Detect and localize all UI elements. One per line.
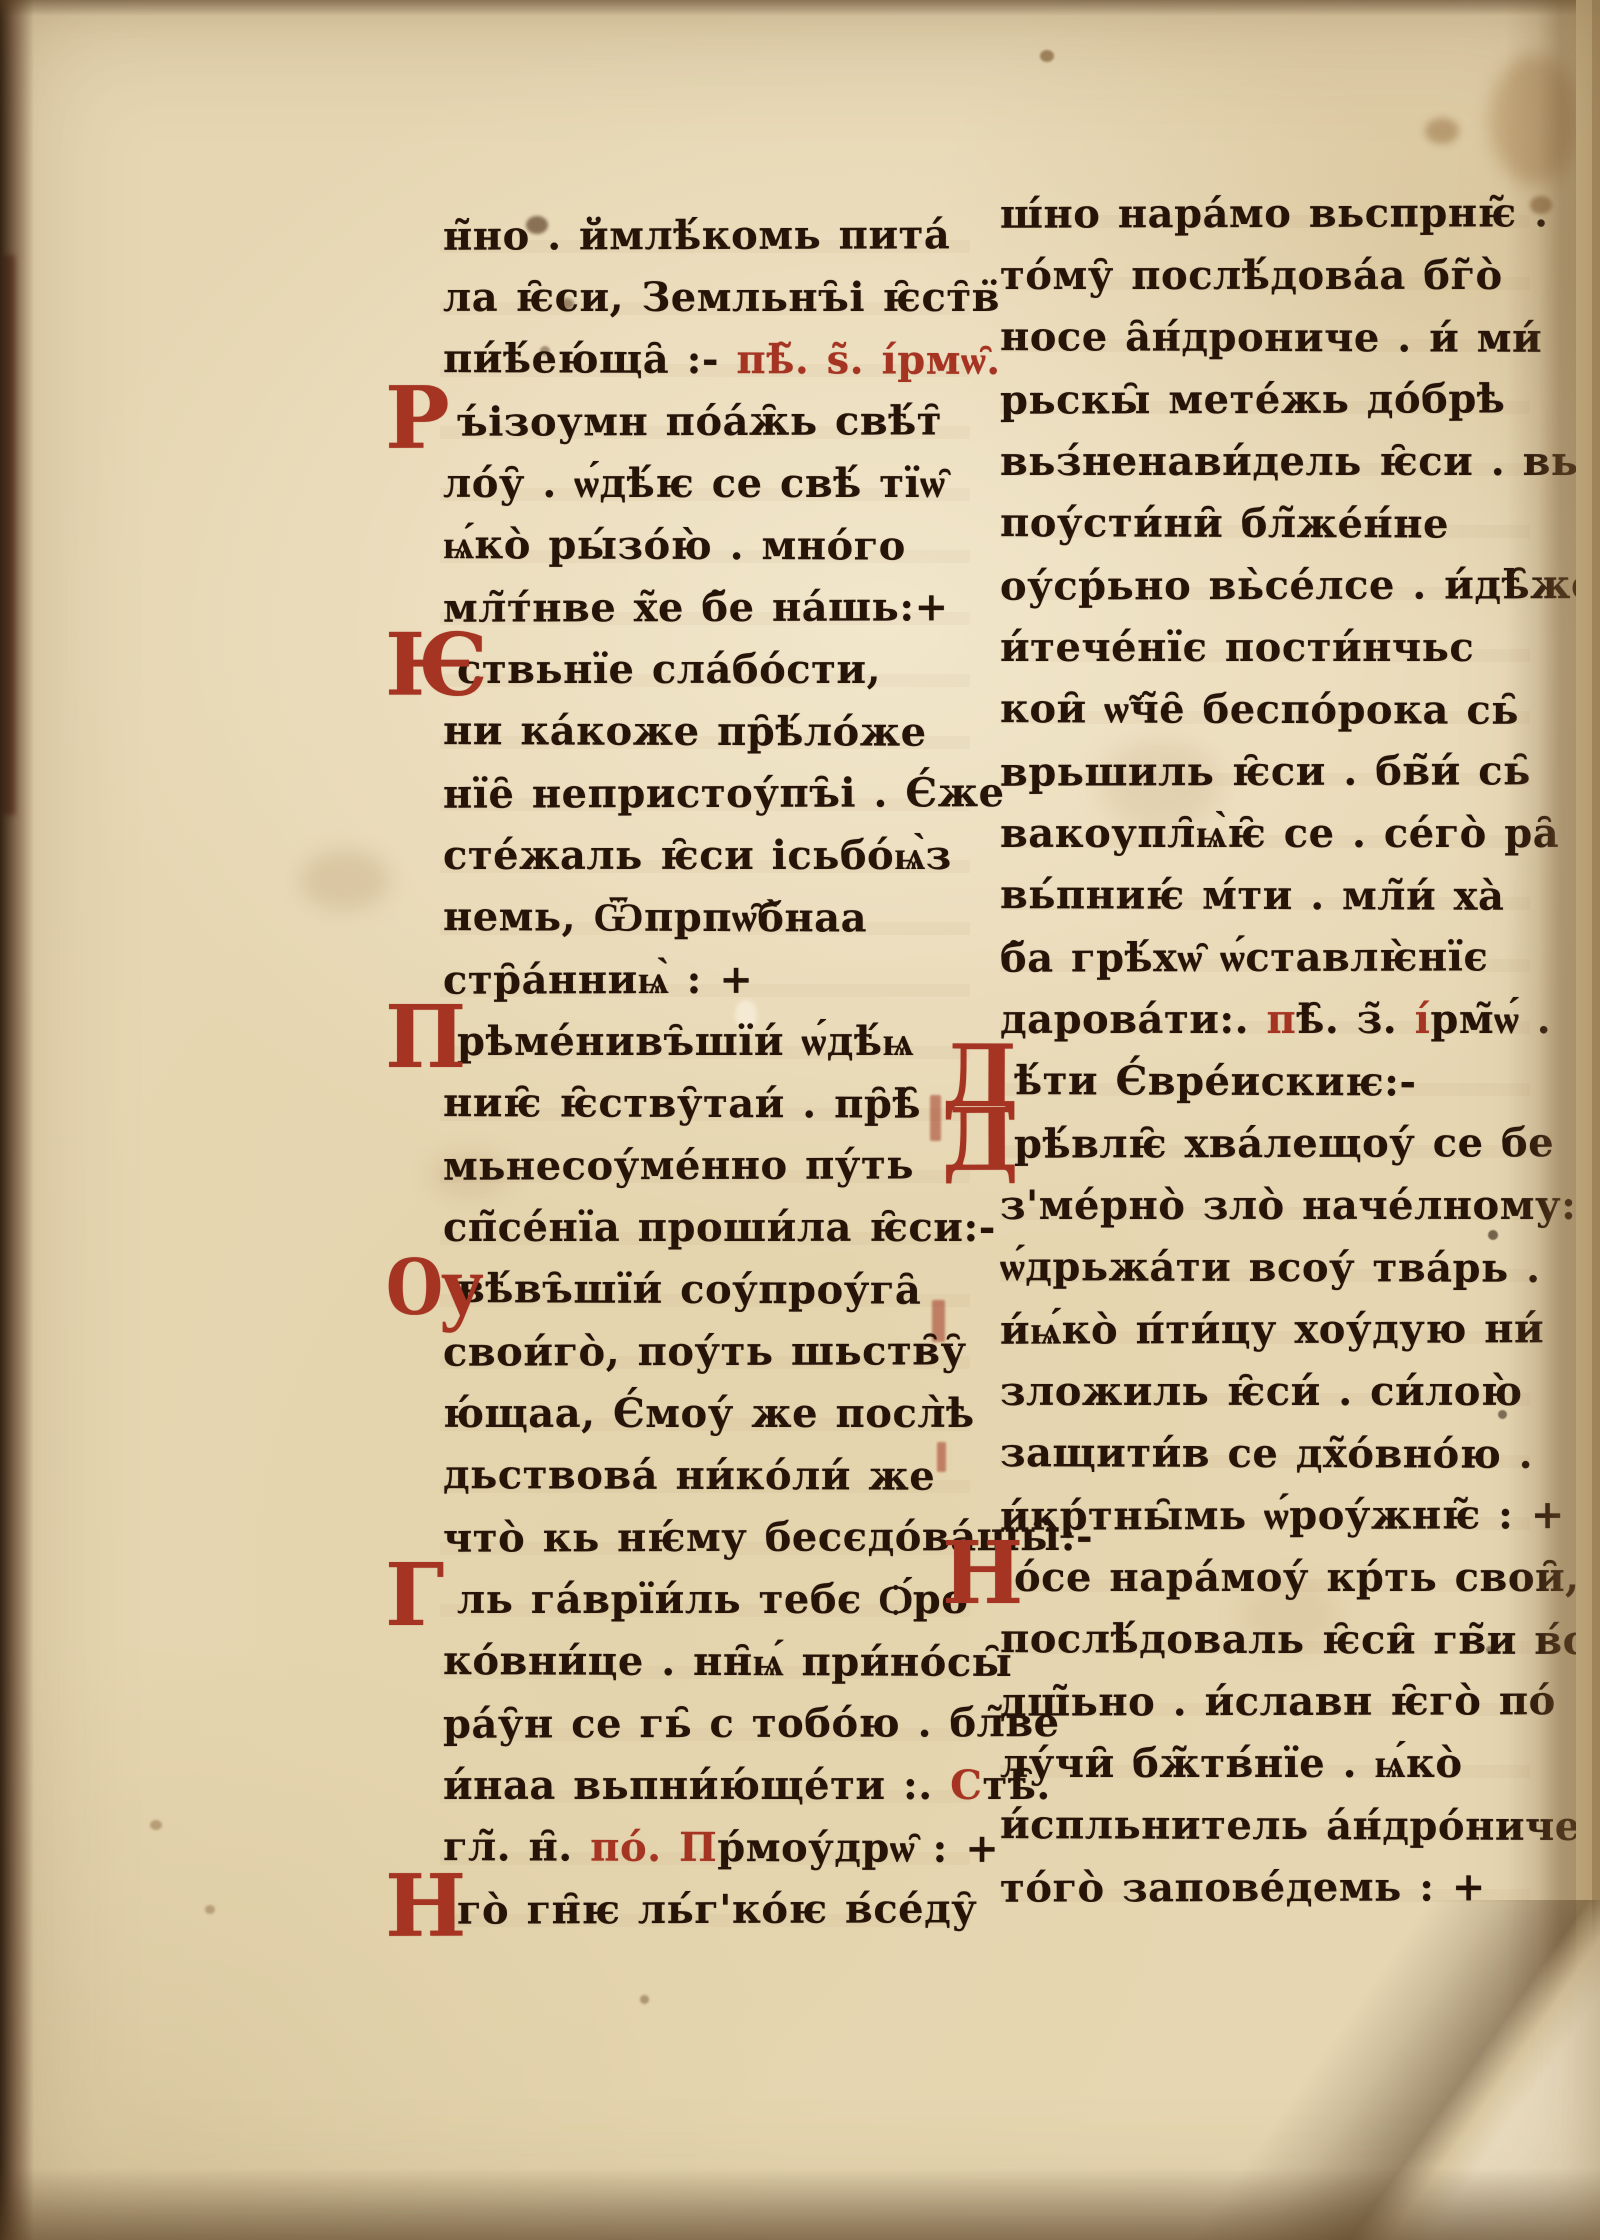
text-run: рѣ́влѥ̑ хва́лещоу́ се бе	[1014, 1119, 1554, 1167]
stain	[205, 1905, 215, 1914]
rubric-run: по́. П	[590, 1824, 717, 1871]
rubric-run: і́	[1415, 996, 1431, 1043]
text-run: сте́жаль ѥ̑си ісьбо́ѩ̀з	[443, 832, 952, 879]
bottom-edge-shadow	[0, 2168, 1600, 2240]
text-run: зложиль ѥ̑си́ . си́лою̀	[1000, 1368, 1523, 1415]
text-run: поу́сти́ни̑ бл̃же́н́не	[1000, 499, 1449, 547]
text-run: ъ́ізоумн по́а́ж̑ь свѣ́т̑	[457, 397, 942, 445]
manuscript-line: дарова́ти:. пѣ̑. з̃. і́рм̃ѡ́ .	[1000, 989, 1530, 1051]
text-run: дьствова́ ни́ко́ли́ же	[443, 1451, 935, 1500]
text-run: мл̃т́нве х̃е б̃е на́шь:+	[443, 583, 949, 631]
text-run: р́моу́дрѡ̑ : +	[717, 1824, 999, 1872]
text-run: вакоупл̑ѩ̀ѥ̑ се . се́го̀ ра̑	[1000, 810, 1559, 857]
text-run: ѣ̑. з̃.	[1296, 996, 1414, 1043]
manuscript-line: мл̃т́нве х̃е б̃е на́шь:+	[443, 576, 970, 639]
manuscript-line: сте́жаль ѥ̑си ісьбо́ѩ̀з	[443, 825, 970, 887]
manuscript-line: сп̃се́нїа проши́ла ѥ̑си:-	[443, 1197, 970, 1259]
text-run: н̃но . ймлѣ́комь пита́	[443, 211, 950, 259]
text-run: ствьнїе сла́бо́сти,	[457, 646, 881, 693]
text-run: немь, Ѿпрпѡ̑б̀наа	[443, 893, 867, 941]
text-run: кои̑ ѡ̃ч̃е̑ беспо́рока сь̑	[1000, 685, 1519, 734]
manuscript-line: Дѣ́ти Є́вре́искиѥ:-	[1000, 1050, 1530, 1114]
manuscript-line: Ѹвѣ́въ̑шїи́ соу́проу́га̑	[443, 1258, 970, 1322]
text-run: ль га́врїи́ль тебє Ѻ́ро	[457, 1576, 968, 1623]
stain	[1040, 50, 1054, 62]
manuscript-line: Ръ́ізоумн по́а́ж̑ь свѣ́т̑	[443, 390, 970, 453]
manuscript-line: ю́щаа, Є́моу́ же посл̀ѣ	[443, 1383, 970, 1445]
manuscript-line: з'ме́рно̀ зло̀ наче́лному:	[1000, 1175, 1530, 1237]
manuscript-line: и́кр́тны̑мь ѡ́роу́жнѥ̃ : +	[1000, 1484, 1530, 1547]
manuscript-line: ниѥ̑ ѥ̑ству̑таи́ . пр̑ѣ̑	[443, 1072, 970, 1136]
manuscript-line: б̃а грѣ́хѡ̑ ѡ́ставлѥ̀нїє	[1000, 926, 1530, 989]
text-run: ни ка́коже пр̑ѣ́ло́же	[443, 707, 927, 756]
rubric-run: пѣ̃. ѕ̃. і́рмѡ̑.	[736, 336, 1000, 384]
text-run: лу́чи̑ бж̃тв́нїе . ѩ́ко̀	[1000, 1740, 1463, 1787]
text-run: дш̃ьно . и́славн ѥ̑го̀ по́	[1000, 1677, 1556, 1725]
manuscript-line: ни ка́коже пр̑ѣ́ло́же	[443, 700, 970, 764]
manuscript-line: Нго̀ гн̑ѥ ль́г'ко́ѥ в́се́ду̑	[443, 1878, 970, 1941]
text-run: ко́вни́це . нн̑ѩ́ при́но́сы̑	[443, 1637, 1012, 1686]
text-run: ю́щаа, Є́моу́ же посл̀ѣ	[443, 1390, 975, 1437]
manuscript-line: ко́вни́це . нн̑ѩ́ при́но́сы̑	[443, 1630, 970, 1694]
manuscript-line: Дрѣ́влѥ̑ хва́лещоу́ се бе	[1000, 1112, 1530, 1175]
manuscript-line: вакоупл̑ѩ̀ѥ̑ се . се́го̀ ра̑	[1000, 803, 1530, 865]
manuscript-line: ѩ́ко̀ ры́зо́ю̀ . мно́го	[443, 514, 970, 578]
drop-cap-letter: Р	[385, 376, 450, 462]
manuscript-line: Прѣме́нивъ̑шїи́ ѡ́дѣ́ѩ	[443, 1011, 970, 1073]
text-run: мьнесоу́ме́нно пу́ть	[443, 1141, 914, 1189]
text-column-right: ш́но нара́мо вьспрнѥ̃ .то́му̑ послѣ́дова…	[1000, 183, 1530, 1919]
text-run: носе а̑н́дрониче . и́ ми́	[1000, 313, 1542, 362]
stain	[640, 1995, 649, 2004]
manuscript-line: защити́в се дх̃о́вно́ю .	[1000, 1422, 1530, 1486]
manuscript-line: ш́но нара́мо вьспрнѥ̃ .	[1000, 182, 1530, 245]
text-run: ѣ́ти Є́вре́искиѥ:-	[1014, 1057, 1417, 1105]
text-run: го̀ гн̑ѥ ль́г'ко́ѥ в́се́ду̑	[457, 1885, 977, 1933]
drop-cap-letter: Д	[942, 1098, 1019, 1184]
manuscript-line: стр̑а́нниѩ̀ : +	[443, 948, 970, 1011]
manuscript-line: врьшиль ѥ̑си . бв̃и́ сь̑	[1000, 740, 1530, 803]
text-run: ѩ́ко̀ ры́зо́ю̀ . мно́го	[443, 521, 906, 569]
manuscript-line: Ѥствьнїе сла́бо́сти,	[443, 639, 970, 701]
drop-cap-letter: Н	[942, 1531, 1024, 1617]
text-run: и́спльнитель а́н́дро́ниче	[1000, 1801, 1581, 1850]
manuscript-line: дьствова́ ни́ко́ли́ же	[443, 1444, 970, 1508]
text-run: ра́у̑н се гь̑ с тобо́ю . бл̃ве	[443, 1699, 1060, 1748]
manuscript-line: ло́у̑ . ѡ́дѣ́ѥ се свѣ́ тїѡ̑	[443, 453, 970, 515]
text-run: ло́у̑ . ѡ́дѣ́ѥ се свѣ́ тїѡ̑	[443, 460, 945, 507]
text-run: пи́ѣ́ею́ща̑ :-	[443, 335, 737, 383]
text-run: вѣ́въ̑шїи́ соу́проу́га̑	[457, 1265, 921, 1313]
manuscript-line: и́ѩ́ко̀ п́ти́цу хоу́дую ни́	[1000, 1298, 1530, 1361]
text-run: стр̑а́нниѩ̀ : +	[443, 956, 753, 1004]
text-run: б̃а грѣ́хѡ̑ ѡ́ставлѥ̀нїє	[1000, 933, 1488, 981]
text-run: рѣме́нивъ̑шїи́ ѡ́дѣ́ѩ	[457, 1018, 914, 1065]
stain	[1425, 118, 1459, 144]
stain	[150, 1820, 162, 1830]
text-run: и́кр́тны̑мь ѡ́роу́жнѥ̃ : +	[1000, 1491, 1565, 1539]
text-run: врьшиль ѥ̑си . бв̃и́ сь̑	[1000, 747, 1531, 795]
drop-cap-letter: Ѥ	[385, 623, 488, 709]
manuscript-page: н̃но . ймлѣ́комь пита́ла ѥ̑си, Земльнъ̑і…	[0, 0, 1600, 2240]
text-run: и́ѩ́ко̀ п́ти́цу хоу́дую ни́	[1000, 1305, 1544, 1353]
manuscript-line: гл̃. н̑. по́. Пр́моу́дрѡ̑ : +	[443, 1816, 970, 1880]
manuscript-line: вь́пниѥ́ м́ти . мл̃и́ ха̀	[1000, 864, 1530, 928]
text-run: з'ме́рно̀ зло̀ наче́лному:	[1000, 1182, 1576, 1229]
manuscript-line: вьз́ненави́дель ѥ̑си . вь	[1000, 431, 1530, 493]
manuscript-line: н̃но . ймлѣ́комь пита́	[443, 204, 970, 267]
manuscript-line: Но́се нара́моу́ кр́ть свои̑,	[1000, 1547, 1530, 1609]
text-run: защити́в се дх̃о́вно́ю .	[1000, 1429, 1533, 1478]
text-run: ш́но нара́мо вьспрнѥ̃ .	[1000, 189, 1549, 237]
text-run: и́тече́нїє пости́нчьс	[1000, 624, 1474, 671]
text-run: рьскы̑ мете́жь до́брѣ	[1000, 375, 1506, 423]
text-run: то́му̑ послѣ́дова́а бг̃о̀	[1000, 252, 1503, 299]
manuscript-line: пи́ѣ́ею́ща̑ :- пѣ̃. ѕ̃. і́рмѡ̑.	[443, 328, 970, 392]
text-run: дарова́ти:.	[1000, 996, 1267, 1043]
manuscript-line: лу́чи̑ бж̃тв́нїе . ѩ́ко̀	[1000, 1733, 1530, 1795]
drop-cap-letter: Н	[385, 1864, 467, 1950]
drop-cap-letter: П	[385, 995, 467, 1081]
manuscript-line: и́тече́нїє пости́нчьс	[1000, 617, 1530, 679]
text-run: ниѥ̑ ѥ̑ству̑таи́ . пр̑ѣ̑	[443, 1079, 921, 1128]
rubric-run: С	[950, 1762, 982, 1809]
manuscript-line: Гль га́врїи́ль тебє Ѻ́ро	[443, 1569, 970, 1631]
text-run: ѡ́дрьжа́ти всоу́ тва́рь .	[1000, 1243, 1541, 1292]
manuscript-line: послѣ́доваль ѥ̑си̑ гв̃и в́се	[1000, 1608, 1530, 1672]
manuscript-line: мьнесоу́ме́нно пу́ть	[443, 1134, 970, 1197]
manuscript-line: что̀ кь нѥ́му бесєдо́ва́шы̑:-	[443, 1506, 970, 1569]
manuscript-line: ла ѥ̑си, Земльнъ̑і ѥ̑ст̑в̈	[443, 267, 970, 329]
stain	[300, 850, 390, 910]
manuscript-line: ѡ́дрьжа́ти всоу́ тва́рь .	[1000, 1236, 1530, 1300]
text-run: о́се нара́моу́ кр́ть свои̑,	[1014, 1554, 1580, 1601]
text-run: нїе̑ непристоу́пъ̑і . Є́же	[443, 769, 1005, 817]
manuscript-line: нїе̑ непристоу́пъ̑і . Є́же	[443, 762, 970, 825]
manuscript-line: дш̃ьно . и́славн ѥ̑го̀ по́	[1000, 1670, 1530, 1733]
drop-cap-letter: Ѹ	[385, 1242, 484, 1328]
text-run: ла ѥ̑си, Земльнъ̑і ѥ̑ст̑в̈	[443, 274, 1000, 321]
manuscript-line: немь, Ѿпрпѡ̑б̀наа	[443, 886, 970, 950]
manuscript-line: зложиль ѥ̑си́ . си́лою̀	[1000, 1361, 1530, 1423]
manuscript-line: оу́ср́ьно вь̀се́лсе . и́дѣ̑же	[1000, 554, 1530, 617]
rubric-run: п	[1267, 996, 1297, 1043]
binding-shadow	[0, 0, 34, 2240]
manuscript-line: поу́сти́ни̑ бл̃же́н́не	[1000, 492, 1530, 556]
text-run: сп̃се́нїа проши́ла ѥ̑си:-	[443, 1204, 996, 1251]
text-run: свои́го̀, поу́ть шьств̑у̑	[443, 1327, 967, 1375]
text-run: вьз́ненави́дель ѥ̑си . вь	[1000, 438, 1579, 485]
drop-cap-letter: Г	[385, 1553, 445, 1639]
manuscript-line: носе а̑н́дрониче . и́ ми́	[1000, 306, 1530, 370]
manuscript-line: и́спльнитель а́н́дро́ниче	[1000, 1794, 1530, 1858]
manuscript-line: свои́го̀, поу́ть шьств̑у̑	[443, 1320, 970, 1383]
manuscript-line: ра́у̑н се гь̑ с тобо́ю . бл̃ве	[443, 1692, 970, 1755]
text-run: вь́пниѥ́ м́ти . мл̃и́ ха̀	[1000, 871, 1505, 920]
manuscript-line: рьскы̑ мете́жь до́брѣ	[1000, 368, 1530, 431]
top-edge-shadow	[0, 0, 1600, 16]
manuscript-line: и́наа вьпни́ю́ще́ти :. Стѣ̑.	[443, 1755, 970, 1817]
manuscript-line: то́му̑ послѣ́дова́а бг̃о̀	[1000, 245, 1530, 307]
text-column-left: н̃но . ймлѣ́комь пита́ла ѥ̑си, Земльнъ̑і…	[443, 205, 970, 1941]
text-run: и́наа вьпни́ю́ще́ти :.	[443, 1762, 950, 1809]
manuscript-line: кои̑ ѡ̃ч̃е̑ беспо́рока сь̑	[1000, 678, 1530, 742]
